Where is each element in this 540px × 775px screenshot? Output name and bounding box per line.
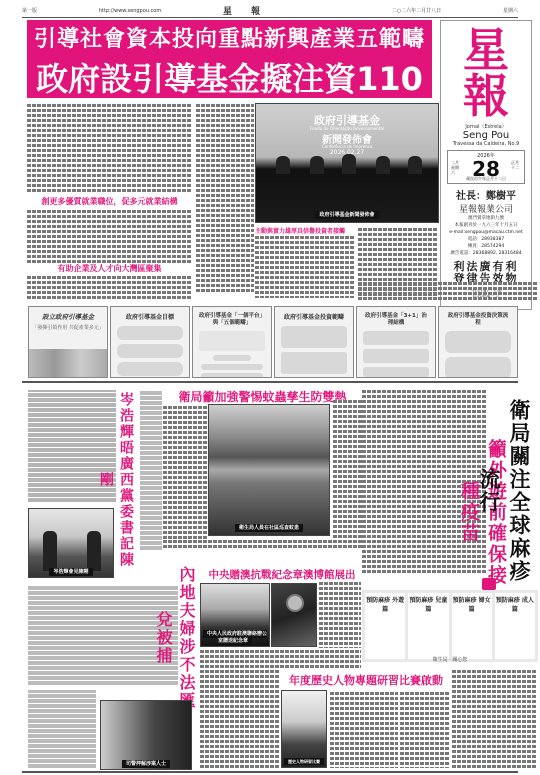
person-silhouette: [376, 156, 390, 174]
website-url[interactable]: http://www.sengpou.com: [99, 8, 161, 14]
infographic-title: 政府引導基金目標: [111, 313, 189, 322]
lead-article-body-2[interactable]: [196, 102, 254, 292]
history-article-body-1[interactable]: [330, 690, 398, 768]
lead-article-body-5[interactable]: [255, 234, 355, 298]
history-article-body-3[interactable]: [400, 690, 450, 768]
exchange-vertical-headline[interactable]: 內地夫婦涉不法匯兌被捕: [178, 563, 198, 713]
infographic-title: 設立政府引導基金: [29, 313, 107, 322]
infographic-3[interactable]: 政府引導基金「一個平台」與「五個範疇」: [192, 306, 272, 378]
arrest-photo[interactable]: 司警押解涉案人士: [100, 700, 192, 770]
history-poster[interactable]: 歷史人物研習比賽: [281, 690, 327, 768]
history-left-article[interactable]: [200, 668, 280, 768]
person-silhouette: [342, 154, 356, 174]
mosquito-article-col[interactable]: [140, 390, 162, 550]
infographic-2[interactable]: 政府引導基金目標: [110, 306, 190, 378]
masthead-small: 星 報: [223, 4, 268, 17]
measles-panel-women: 預防麻疹 婦女篇: [452, 593, 492, 659]
section-divider: [22, 381, 518, 383]
infographic-5[interactable]: 政府引導基金「3+1」治理結構: [356, 306, 436, 378]
mosquito-article-body-3[interactable]: [163, 538, 361, 552]
date-right-side: 正月十二: [511, 160, 521, 170]
measles-panel-adults: 預防麻疹 成人篇: [495, 593, 535, 659]
issue-date: 二○二六年二月廿八日: [392, 7, 441, 14]
history-poster-caption: 歷史人物研習比賽: [284, 758, 324, 765]
masthead-char-1: 星: [441, 27, 531, 73]
weekday: 星期六: [503, 7, 518, 14]
photo-caption: 政府引導基金新聞發佈會: [315, 211, 378, 219]
lead-article-body-4[interactable]: [27, 274, 192, 300]
mosquito-inspection-photo[interactable]: 衛生局人員在社區巡查蚊患: [208, 404, 330, 536]
infographic-subtitle: 「發揮引領作用 共促產業多元」: [29, 324, 107, 331]
meeting-photo-caption: 岑浩輝會見陳剛: [49, 568, 92, 576]
infographic-title: 政府引導基金「3+1」治理結構: [357, 313, 435, 327]
page-number: 第一版: [22, 7, 37, 14]
founded-date: 本報創刊於一九六三年十月五日: [441, 222, 531, 229]
headline-kicker: 引導社會資本投向重點新興產業五範疇: [27, 22, 432, 53]
measles-panel-travel: 預防麻疹 外遊篇: [365, 593, 405, 659]
date-box: 2026年 二月星期六 28 正月十二 歲次丙午年正月十二日: [447, 150, 525, 184]
city-skyline-illustration: [29, 349, 107, 377]
publisher: 社長：鄭樹平: [441, 187, 531, 202]
infographic-4[interactable]: 政府引導基金投資範疇: [274, 306, 354, 378]
front-page-headline-banner[interactable]: 引導社會資本投向重點新興產業五範疇 政府設引導基金擬注資110億: [27, 20, 432, 98]
person-silhouette: [276, 156, 290, 174]
lead-article-body-1[interactable]: [27, 102, 192, 194]
person-silhouette: [408, 156, 422, 174]
history-article-body-2[interactable]: [452, 668, 536, 768]
medal-article-body-2[interactable]: [200, 648, 361, 668]
masthead-box: 星 報 Jornal（Estrela） Seng Pou Travessa da…: [440, 20, 532, 310]
press-conference-photo[interactable]: 政府引導基金 Fundo de Orientação Governamental…: [255, 103, 439, 223]
arrest-photo-caption: 司警押解涉案人士: [122, 760, 170, 768]
mosquito-article-body-2[interactable]: [333, 398, 363, 548]
page-bottom-rule: [22, 771, 518, 773]
company-name: 星報報業公司: [441, 202, 531, 215]
measles-panel-children: 預防麻疹 兒童篇: [408, 593, 448, 659]
address-pt: Travessa da Caldeira, No.9: [441, 141, 531, 147]
telephone: 電話：28938387: [441, 236, 531, 243]
jornal-label: Jornal（Estrela）: [441, 123, 531, 130]
person-silhouette: [310, 156, 324, 174]
medal-article-body[interactable]: [319, 580, 361, 648]
mosquito-photo-caption: 衛生局人員在社區巡查蚊患: [235, 524, 303, 532]
measles-footer: 衛生局 · 關心您: [362, 656, 538, 663]
lead-article-body-3[interactable]: [27, 208, 192, 264]
address-cn: 澳門賣草地街九號: [441, 215, 531, 222]
infographic-title: 政府引導基金投資決策流程: [439, 313, 517, 327]
infographic-title: 政府引導基金投資範疇: [275, 313, 353, 322]
meeting-photo[interactable]: 岑浩輝會見陳剛: [28, 508, 114, 578]
infographic-title: 政府引導基金「一個平台」與「五個範疇」: [193, 313, 271, 327]
medal-icon: [286, 594, 304, 612]
health-bureau-logo-icon: [482, 578, 496, 590]
email[interactable]: e-mail:sengpou@macau.ctm.net: [441, 229, 531, 236]
mosquito-headline[interactable]: 衛局籲加強警惕蚊蟲孳生防雙熱: [170, 388, 355, 405]
infographic-1[interactable]: 設立政府引導基金 「發揮引領作用 共促產業多元」: [28, 306, 108, 378]
lead-subhead-1: 創更多優質就業職位，促多元就業結構: [27, 196, 192, 207]
masthead-char-2: 報: [441, 73, 531, 119]
medal-handover-photo[interactable]: 中央人民政府駐澳聯絡辦公室贈送紀念章: [200, 583, 270, 647]
medal-photo[interactable]: [271, 583, 317, 647]
mosquito-article-body-1[interactable]: [163, 404, 207, 542]
seng-pou-label: Seng Pou: [441, 130, 531, 141]
exchange-article-body-2[interactable]: [28, 690, 96, 768]
lead-article-body-7[interactable]: [358, 280, 538, 300]
infographic-6[interactable]: 政府引導基金投資決策流程: [438, 306, 518, 378]
fax: 傳真：28574294: [441, 243, 531, 250]
history-headline[interactable]: 年度歷史人物專題研習比賽啟動: [281, 672, 451, 688]
medal-photo-caption: 中央人民政府駐澳聯絡辦公室贈送紀念章: [203, 630, 267, 645]
meeting-vertical-headline[interactable]: 岑浩輝晤廣西黨委書記陳剛: [118, 390, 136, 570]
lead-subhead-2: 有助企業及人才向大灣區聚集: [27, 263, 192, 274]
measles-headline-black[interactable]: 衛局關注全球麻疹流行: [510, 388, 534, 593]
ad-telephone: 廣告電話：28368892, 28316484: [441, 250, 531, 257]
measles-prevention-panels[interactable]: 預防麻疹 外遊篇 預防麻疹 兒童篇 預防麻疹 婦女篇 預防麻疹 成人篇: [362, 590, 538, 662]
page-header-bar: 第一版 http://www.sengpou.com 星 報 二○二六年二月廿八…: [22, 4, 518, 18]
lunar-date: 歲次丙午年正月十二日: [448, 176, 524, 182]
